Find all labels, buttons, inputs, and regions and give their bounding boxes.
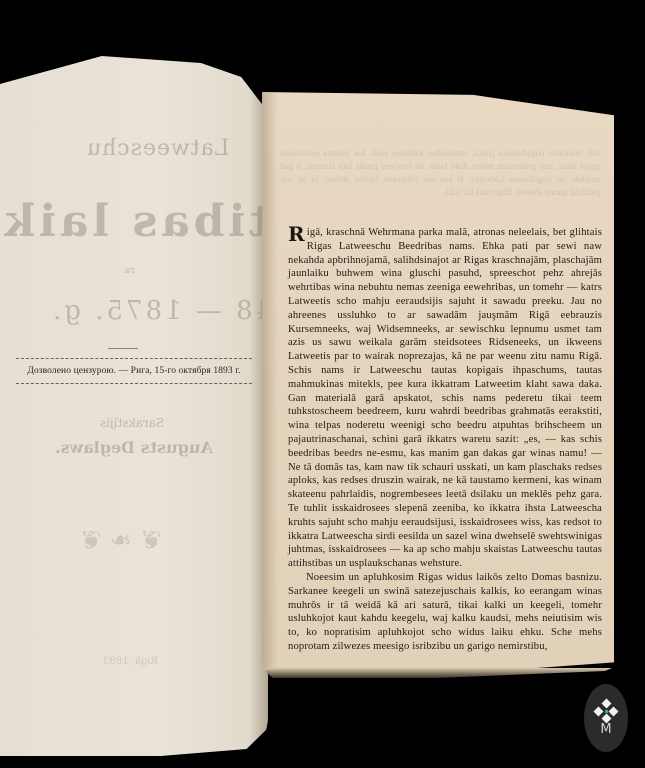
ghost-subtitle: Sarakstījis xyxy=(100,416,164,430)
page-stack-edge xyxy=(262,668,612,678)
ghost-years: 1848 — 1875. g. xyxy=(50,296,268,326)
watermark-letter: M xyxy=(600,723,611,736)
ghost-author: Augusts Deglaws. xyxy=(55,438,213,457)
right-text-page: fch, mairaims nogadineeka jaukis, tamlak… xyxy=(262,92,614,674)
book-photo: Latweeschu attihstibas laiki ra 1848 — 1… xyxy=(0,0,645,768)
ghost-title-small: Latweeschu xyxy=(86,136,229,161)
paragraph-1: Rigā, kraschnā Wehrmana parka malā, atro… xyxy=(288,226,602,571)
ghost-title-large: attihstibas laiki xyxy=(0,196,268,247)
body-text: Rigā, kraschnā Wehrmana parka malā, atro… xyxy=(288,226,602,654)
censor-band: Дозволено цензурою. — Рига, 15-го октябр… xyxy=(16,358,252,384)
watermark-badge: M xyxy=(584,684,628,752)
ghost-imprint: Rigā, 1893. xyxy=(100,656,158,667)
paragraph-2: Noeesim un apluhkosim Rigas widus laikōs… xyxy=(288,571,602,654)
left-title-page: Latweeschu attihstibas laiki ra 1848 — 1… xyxy=(0,56,268,756)
drop-cap: R xyxy=(288,228,305,240)
paragraph-1-text: igā, kraschnā Wehrmana parka malā, atron… xyxy=(288,227,602,569)
bleed-through-text: fch, mairaims nogadineeka jaukis, tamlak… xyxy=(280,147,600,199)
ghost-ra: ra xyxy=(125,266,135,276)
censor-approval-text: Дозволено цензурою. — Рига, 15-го октябр… xyxy=(27,366,240,376)
divider-rule xyxy=(108,348,138,349)
four-petal-flower-icon xyxy=(595,700,617,722)
ghost-ornament-icon: ❦ ❧ ❦ xyxy=(80,526,162,556)
